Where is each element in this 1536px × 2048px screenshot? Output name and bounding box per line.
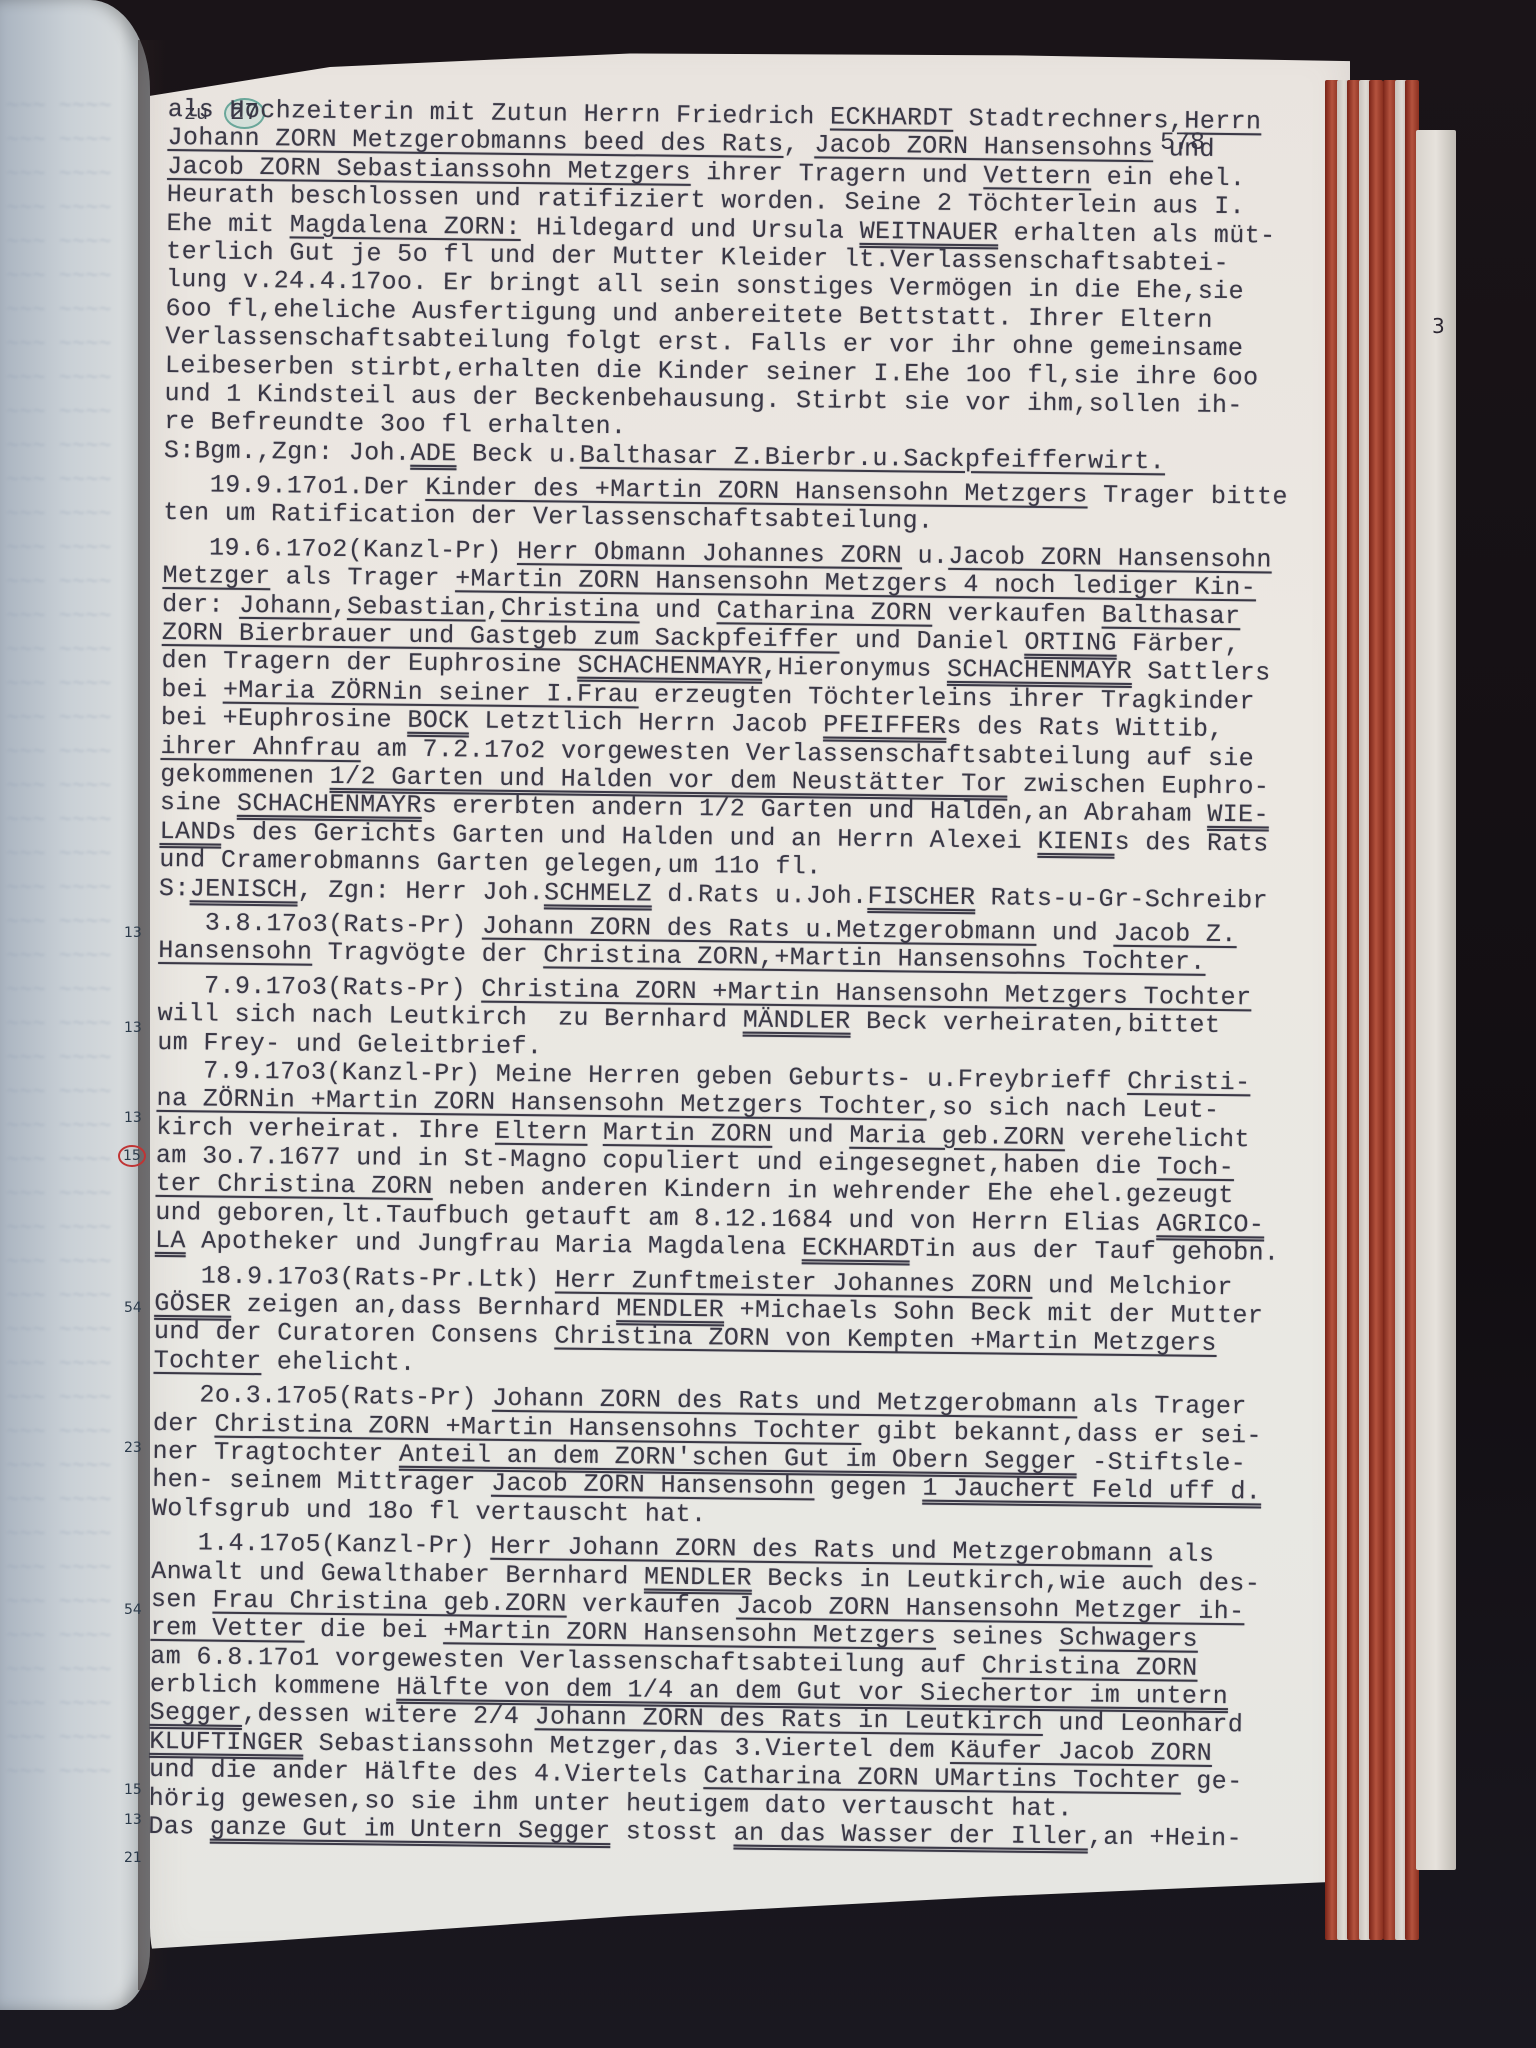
- underlined-name: WEITNAUER: [859, 216, 998, 247]
- underlined-name: JENISCH: [190, 874, 298, 904]
- text-run: ,: [486, 593, 502, 622]
- margin-note-number: 23: [124, 1440, 142, 1456]
- underlined-name: Herrn: [1184, 107, 1261, 137]
- text-run: Beck verheiraten,bittet: [851, 1007, 1221, 1040]
- underlined-name: 1 Jauchert Feld uff d.: [922, 1474, 1261, 1507]
- text-run: [587, 1117, 603, 1146]
- text-run: und: [1036, 918, 1113, 948]
- text-run: Rats-u-Gr-Schreibr: [975, 883, 1268, 915]
- underlined-name: Jacob ZORN Hansensohns: [814, 131, 1153, 164]
- underlined-name: Metzger: [162, 561, 270, 591]
- text-run: ein ehel.: [1091, 162, 1245, 193]
- text-run: ,: [783, 130, 814, 159]
- index-tab-page[interactable]: [1416, 130, 1456, 1870]
- underlined-name: MENDLER: [616, 1294, 724, 1324]
- underlined-name: SCHACHENMAYR: [947, 655, 1132, 686]
- margin-note-number: 15: [124, 1782, 142, 1798]
- underlined-name: Vettern: [983, 161, 1091, 191]
- text-run: ner Tragtochter: [152, 1437, 399, 1469]
- underlined-name: GÖSER: [154, 1289, 231, 1319]
- text-run: verkaufen: [567, 1590, 737, 1621]
- text-run: erblich kommene: [150, 1670, 397, 1702]
- text-run: ehelicht.: [261, 1347, 415, 1378]
- text-run: und: [640, 595, 717, 625]
- underlined-name: Eltern: [495, 1116, 588, 1146]
- underlined-name: PFEIFFER: [823, 711, 947, 741]
- text-run: Wolfsgrub und 18o fl vertauscht hat.: [152, 1494, 707, 1529]
- text-run: und: [1153, 135, 1215, 165]
- text-run: Färber,: [1117, 629, 1241, 659]
- text-run: , Zgn: Herr Joh.: [297, 875, 544, 907]
- text-run: 7.9.17o3(Rats-Pr): [158, 971, 482, 1004]
- underlined-name: LA: [155, 1226, 186, 1255]
- underlined-name: Jacob Z.: [1113, 919, 1237, 949]
- underlined-name: ihrer Ahnfrau: [160, 732, 361, 763]
- text-run: hen- seinem Mittrager: [152, 1465, 491, 1498]
- underlined-name: KIENI: [1037, 827, 1114, 857]
- text-run: Sattlers: [1132, 657, 1271, 688]
- text-run: und Melchior: [1032, 1271, 1233, 1302]
- underlined-name: SCHACHENMAYR: [237, 789, 422, 820]
- text-run: S:: [159, 873, 190, 902]
- text-run: ,: [331, 592, 347, 621]
- text-run: 1.4.17o5(Kanzl-Pr): [151, 1528, 490, 1561]
- margin-note-number: 13: [124, 1812, 142, 1828]
- underlined-name: MÄNDLER: [743, 1006, 851, 1036]
- text-run: s des Rats Wittib,: [946, 712, 1224, 744]
- underlined-name: Martin ZORN: [603, 1118, 773, 1149]
- text-run: 19.9.17o1.Der: [163, 470, 425, 502]
- text-run: bei +Euphrosine: [161, 703, 408, 735]
- text-run: und Leonhard: [1043, 1709, 1244, 1740]
- text-run: sine: [160, 788, 237, 818]
- text-run: der:: [162, 590, 239, 620]
- underlined-name: KLUFTINGER: [149, 1727, 303, 1758]
- text-run: der: [153, 1408, 215, 1438]
- underlined-name: MENDLER: [644, 1562, 752, 1592]
- text-run: bei: [161, 675, 223, 705]
- underlined-name: Balthasar Z.Bierbr.u.Sackpfeifferwirt.: [580, 440, 1166, 476]
- underlined-name: Maria geb.ZORN: [849, 1120, 1065, 1151]
- text-run: Ehe mit: [166, 209, 290, 239]
- text-run: Beck u.: [456, 439, 580, 469]
- bleed-through-text: ~~~ ~~~~ ~~~ ~~~~ ~~~ ~~~~ ~~~ ~~~~ ~~~ …: [6, 90, 136, 1790]
- margin-note-number: 13: [124, 1020, 142, 1036]
- text-run: seines: [936, 1622, 1060, 1652]
- text-run: und: [772, 1120, 849, 1150]
- text-run: zwischen Euphro-: [1007, 770, 1269, 802]
- underlined-name: an das Wasser der Iller: [733, 1819, 1088, 1852]
- text-run: und Daniel: [839, 626, 1024, 657]
- underlined-name: WIE-: [1207, 800, 1269, 830]
- text-run: Hildegard und Ursula: [521, 213, 860, 246]
- text-run: S:Bgm.,Zgn: Joh.: [164, 436, 411, 468]
- text-run: Stadtrechners,: [953, 104, 1184, 136]
- text-run: Tragvögte der: [312, 938, 543, 970]
- underlined-name: ADE: [410, 438, 457, 468]
- margin-note-number: 54: [124, 1602, 142, 1618]
- underlined-name: Sebastian: [347, 592, 486, 623]
- underlined-name: Catharina ZORN: [717, 596, 933, 627]
- underlined-name: LAND: [159, 817, 221, 847]
- margin-note-number: 15: [118, 1145, 146, 1167]
- underlined-name: Jacob ZORN Hansensohn: [491, 1469, 815, 1502]
- text-run: Das: [148, 1812, 210, 1842]
- text-run: ge-: [1181, 1767, 1243, 1797]
- text-run: Tin aus der Tauf gehobn.: [910, 1235, 1280, 1268]
- text-run: ,so sich nach Leut-: [927, 1093, 1220, 1125]
- underlined-name: Johann: [239, 590, 332, 620]
- text-run: als: [1153, 1539, 1215, 1569]
- text-run: d.Rats u.Joh.: [652, 879, 868, 910]
- text-run: erhalten als müt-: [998, 218, 1276, 250]
- underlined-name: Toch-: [1157, 1152, 1234, 1182]
- text-run: die bei: [304, 1615, 443, 1646]
- text-run: kirch verheirat. Ihre: [156, 1113, 495, 1146]
- text-run: gegen: [814, 1473, 922, 1503]
- text-run: ihrer Tragern und: [691, 158, 984, 190]
- underlined-name: Christina: [501, 593, 640, 624]
- margin-note-number: 13: [124, 1110, 142, 1126]
- text-run: stosst: [610, 1817, 734, 1847]
- text-run: ,Hieronymus: [762, 653, 947, 684]
- underlined-name: ORTING: [1024, 628, 1117, 658]
- typewritten-body: als Hochzeiterin mit Zutun Herrn Friedri…: [148, 96, 1408, 1855]
- underlined-name: ECKHARD: [802, 1234, 910, 1264]
- margin-note-number: 21: [124, 1850, 142, 1866]
- underlined-name: Segger: [149, 1698, 242, 1728]
- underlined-name: Balthasar: [1102, 600, 1241, 631]
- text-run: als Trager: [1077, 1391, 1247, 1422]
- underlined-name: Magdalena ZORN:: [290, 210, 521, 242]
- text-run: s des Rats: [1114, 828, 1268, 859]
- margin-note-number: 13: [124, 925, 142, 941]
- text-run: ,an +Hein-: [1088, 1823, 1242, 1854]
- underlined-name: Christi-: [1127, 1067, 1251, 1097]
- text-run: u.: [902, 541, 949, 571]
- text-run: verehelicht: [1065, 1123, 1250, 1154]
- previous-page-curl: ~~~ ~~~~ ~~~ ~~~~ ~~~ ~~~~ ~~~ ~~~~ ~~~ …: [0, 0, 150, 2010]
- underlined-name: SCHACHENMAYR: [577, 651, 762, 682]
- underlined-name: ter Christina ZORN: [155, 1169, 433, 1201]
- underlined-name: AGRICO-: [1156, 1209, 1264, 1239]
- underlined-name: Christina ZORN: [982, 1651, 1198, 1682]
- text-run: als Trager: [270, 562, 455, 593]
- underlined-name: BOCK: [407, 706, 469, 736]
- margin-note-number: 54: [124, 1300, 142, 1316]
- underlined-name: rem Vetter: [150, 1613, 304, 1644]
- text-run: -Stiftsle-: [1077, 1447, 1247, 1478]
- text-run: 3.8.17o3(Rats-Pr): [158, 908, 482, 941]
- underlined-name: FISCHER: [867, 882, 975, 912]
- text-run: Trager bitte: [1088, 481, 1289, 512]
- text-run: sen: [151, 1585, 213, 1615]
- underlined-name: Tochter: [153, 1346, 261, 1376]
- underlined-name: ECKHARDT: [830, 103, 954, 133]
- underlined-name: SCHMELZ: [544, 878, 652, 908]
- underlined-name: Jacob ZORN Hansensohn: [948, 542, 1272, 575]
- index-tab-label: 3: [1432, 314, 1445, 338]
- text-run: gekommenen: [160, 760, 330, 791]
- text-run: verkaufen: [932, 598, 1102, 629]
- text-run: ,dessen witere 2/4: [242, 1699, 535, 1731]
- underlined-name: ganze Gut im Untern Segger: [210, 1813, 611, 1847]
- text-run: 2o.3.17o5(Rats-Pr): [153, 1380, 492, 1413]
- underlined-name: Käufer Jacob ZORN: [950, 1736, 1212, 1768]
- underlined-name: Schwagers: [1059, 1624, 1198, 1655]
- underlined-name: Hansensohn: [158, 936, 312, 967]
